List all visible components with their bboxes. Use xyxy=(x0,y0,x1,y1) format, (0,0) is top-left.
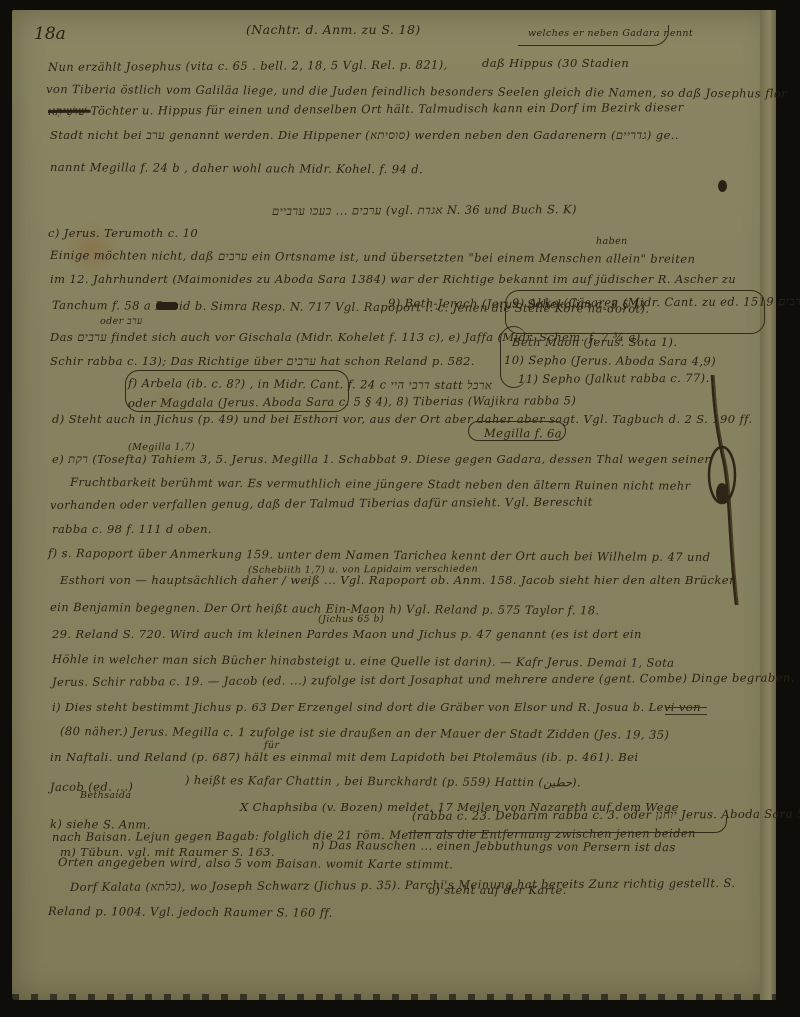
manuscript-line: n) Das Rauschen ... einen Jebbuthungs vo… xyxy=(312,838,676,854)
manuscript-line: daß Hippus (30 Stadien xyxy=(482,56,629,70)
manuscript-line: Stadt nicht bei ערב genannt werden. Die … xyxy=(50,128,679,142)
folio-number: 18a xyxy=(34,24,66,44)
torn-bottom-edge xyxy=(12,994,776,1002)
manuscript-line: rabba c. 98 f. 111 d oben. xyxy=(52,522,212,536)
page-binding-edge xyxy=(760,10,776,1000)
manuscript-line: i) Dies steht bestimmt Jichus p. 63 Der … xyxy=(52,700,701,714)
manuscript-line: haben xyxy=(596,236,628,247)
manuscript-line: Beth Maon (Jerus. Sota 1). xyxy=(512,335,677,349)
struck-text xyxy=(156,302,178,310)
annotation-bracket xyxy=(518,25,669,46)
manuscript-line: m) Tübun. vgl. mit Raumer S. 163. xyxy=(60,845,275,859)
ink-blot xyxy=(718,180,727,192)
binding-cord-icon xyxy=(700,375,750,615)
struck-word: שׁוּשִׁיתָא xyxy=(48,104,91,118)
manuscript-line: Nun erzählt Josephus (vita c. 65 . bell.… xyxy=(48,58,448,74)
annotation-bracket xyxy=(125,370,349,412)
manuscript-line: im 12. Jahrhundert (Maimonides zu Aboda … xyxy=(50,272,736,286)
double-rule-mark xyxy=(665,707,707,715)
manuscript-line: 29. Reland S. 720. Wird auch im kleinen … xyxy=(52,627,642,641)
manuscript-line: c) Jerus. Terumoth c. 10 xyxy=(48,226,198,240)
manuscript-line: Esthori von — hauptsächlich daher / weiß… xyxy=(60,573,737,587)
manuscript-line: Reland p. 1004. Vgl. jedoch Raumer S. 16… xyxy=(48,904,333,920)
header-note: (Nachtr. d. Anm. zu S. 18) xyxy=(246,22,421,37)
list-bracket xyxy=(500,326,527,388)
manuscript-line: ) heißt es Kafar Chattin , bei Burckhard… xyxy=(185,773,581,789)
manuscript-line: e) רקת (Tosefta) Tahiem 3, 5. Jerus. Meg… xyxy=(52,452,710,466)
manuscript-line: (Jichus 65 b) xyxy=(318,614,384,625)
manuscript-line: in Naftali. und Reland (p. 687) hält es … xyxy=(50,750,638,764)
manuscript-line: Schir rabba c. 13); Das Richtige über ער… xyxy=(50,354,475,368)
annotation-bracket xyxy=(505,290,765,334)
manuscript-line: ערבים ... בעכו ערביים (vgl. אגדת N. 36 u… xyxy=(272,202,577,218)
manuscript-line: Bethsaida xyxy=(80,790,131,801)
annotation-bracket xyxy=(468,421,566,441)
annotation-bracket xyxy=(408,818,727,833)
manuscript-line: 11) Sepho (Jalkut rabba c. 77). xyxy=(518,371,710,386)
manuscript-line: nannt Megilla f. 24 b , daher wohl auch … xyxy=(50,160,423,176)
manuscript-line: o) steht auf der Karte. xyxy=(428,883,567,897)
manuscript-line: d) Steht auch in Jichus (p. 49) und bei … xyxy=(52,412,752,426)
manuscript-line: 10) Sepho (Jerus. Aboda Sara 4,9) xyxy=(504,353,716,368)
manuscript-line: oder ערב xyxy=(100,316,143,327)
